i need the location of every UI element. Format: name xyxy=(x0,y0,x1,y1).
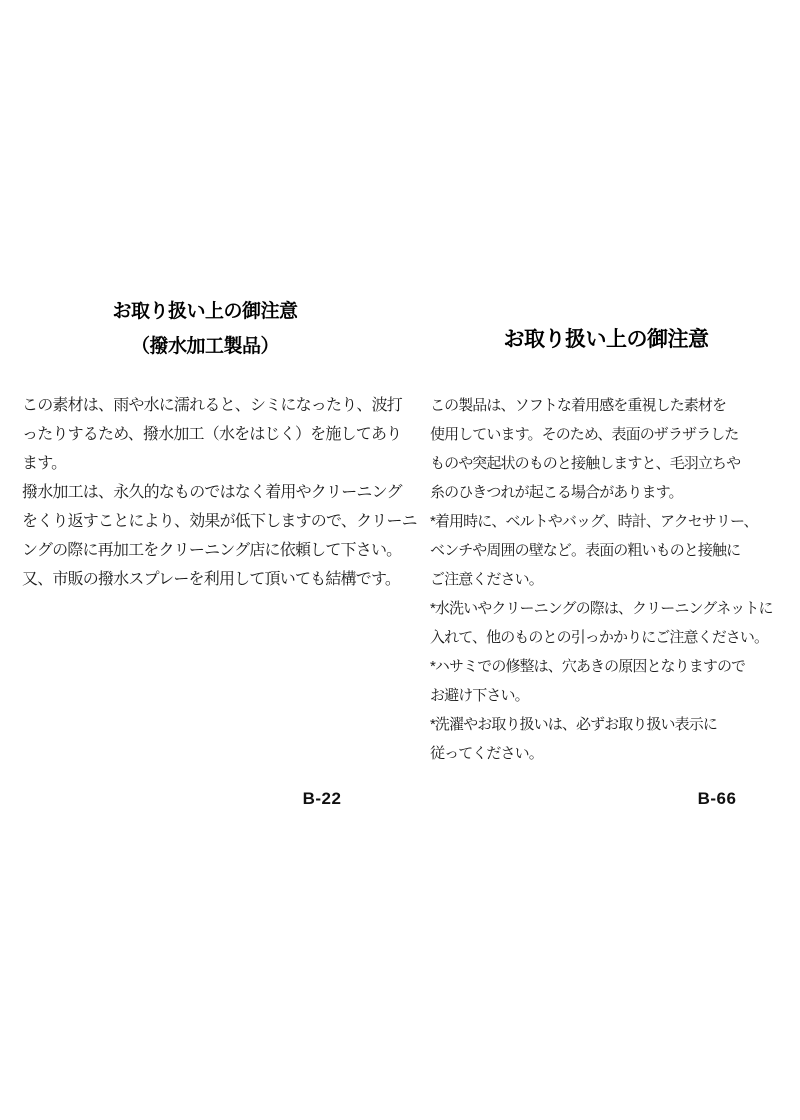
body-line: 入れて、他のものとの引っかかりにご注意ください。 xyxy=(430,623,782,652)
care-note-soft-material: お取り扱い上の御注意 この製品は、ソフトな着用感を重視した素材を 使用しています… xyxy=(430,322,782,768)
body-line: *洗濯やお取り扱いは、必ずお取り扱い表示に xyxy=(430,710,782,739)
body-line: ベンチや周囲の壁など。表面の粗いものと接触に xyxy=(430,536,782,565)
left-note-body: この素材は、雨や水に濡れると、シミになったり、波打 ったりするため、撥水加工（水… xyxy=(22,391,388,594)
body-line: 糸のひきつれが起こる場合があります。 xyxy=(430,478,782,507)
body-line: *着用時に、ベルトやバッグ、時計、アクセサリー、 xyxy=(430,507,782,536)
body-line: この素材は、雨や水に濡れると、シミになったり、波打 xyxy=(22,391,388,420)
body-line: *水洗いやクリーニングの際は、クリーニングネットに xyxy=(430,594,782,623)
left-note-title: お取り扱い上の御注意 （撥水加工製品） xyxy=(22,294,388,364)
body-line: ものや突起状のものと接触しますと、毛羽立ちや xyxy=(430,449,782,478)
body-line: 使用しています。そのため、表面のザラザラした xyxy=(430,420,782,449)
care-note-water-repellent: お取り扱い上の御注意 （撥水加工製品） この素材は、雨や水に濡れると、シミになっ… xyxy=(22,294,388,594)
right-note-body: この製品は、ソフトな着用感を重視した素材を 使用しています。そのため、表面のザラ… xyxy=(430,391,782,768)
body-line: ったりするため、撥水加工（水をはじく）を施してあり xyxy=(22,420,388,449)
body-line: 又、市販の撥水スプレーを利用して頂いても結構です。 xyxy=(22,565,388,594)
body-line: お避け下さい。 xyxy=(430,681,782,710)
left-note-title-line2: （撥水加工製品） xyxy=(22,329,388,364)
left-note-title-line1: お取り扱い上の御注意 xyxy=(22,294,388,329)
page-code-right: B-66 xyxy=(691,789,743,809)
body-line: ます。 xyxy=(22,449,388,478)
body-line: ングの際に再加工をクリーニング店に依頼して下さい。 xyxy=(22,536,388,565)
body-line: ご注意ください。 xyxy=(430,565,782,594)
body-line: 従ってください。 xyxy=(430,739,782,768)
body-line: この製品は、ソフトな着用感を重視した素材を xyxy=(430,391,782,420)
body-line: *ハサミでの修整は、穴あきの原因となりますので xyxy=(430,652,782,681)
body-line: 撥水加工は、永久的なものではなく着用やクリーニング xyxy=(22,478,388,507)
body-line: をくり返すことにより、効果が低下しますので、クリーニ xyxy=(22,507,388,536)
document-page: お取り扱い上の御注意 （撥水加工製品） この素材は、雨や水に濡れると、シミになっ… xyxy=(0,0,800,1120)
right-note-title: お取り扱い上の御注意 xyxy=(430,322,782,357)
page-code-left: B-22 xyxy=(296,789,348,809)
